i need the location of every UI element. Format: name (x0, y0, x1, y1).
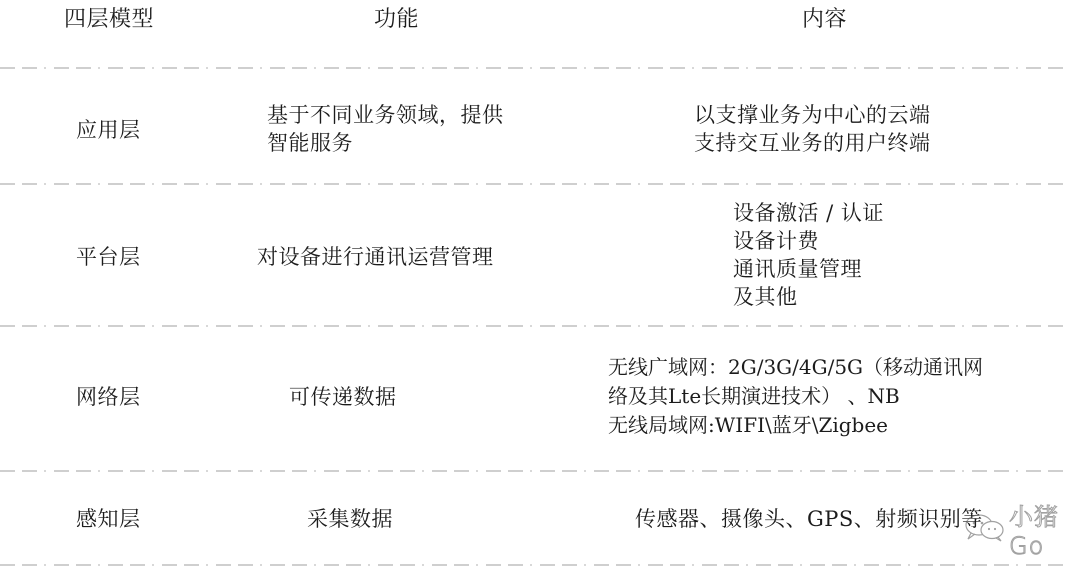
function-platform: 对设备进行通讯运营管理 (257, 243, 494, 271)
content-line: 及其他 (733, 283, 884, 311)
row-divider (0, 470, 1068, 472)
layer-label-platform: 平台层 (76, 243, 141, 271)
content-application: 以支撑业务为中心的云端 支持交互业务的用户终端 (694, 101, 931, 157)
header-function: 功能 (374, 6, 419, 34)
row-divider (0, 564, 1068, 566)
content-platform: 设备激活 / 认证 设备计费 通讯质量管理 及其他 (733, 199, 884, 311)
four-layer-model-table: 四层模型 功能 内容 应用层 基于不同业务领域，提供 智能服务 以支撑业务为中心… (0, 0, 1080, 577)
watermark: 小猪Go (963, 510, 1080, 546)
content-line: 无线广域网：2G/3G/4G/5G（移动通讯网 (608, 353, 983, 382)
wechat-icon (963, 513, 1007, 543)
content-line: 以支撑业务为中心的云端 (694, 101, 931, 129)
content-line: 通讯质量管理 (733, 255, 884, 283)
function-perception: 采集数据 (307, 505, 393, 533)
content-line: 无线局域网:WIFI\蓝牙\Zigbee (608, 411, 983, 440)
function-application: 基于不同业务领域，提供 智能服务 (267, 101, 504, 157)
content-perception: 传感器、摄像头、GPS、射频识别等 (635, 505, 983, 533)
header-model: 四层模型 (64, 6, 154, 34)
content-line: 设备激活 / 认证 (733, 199, 884, 227)
row-divider (0, 325, 1068, 327)
layer-label-perception: 感知层 (76, 505, 141, 533)
function-network: 可传递数据 (289, 383, 397, 411)
row-divider (0, 67, 1068, 69)
content-line: 支持交互业务的用户终端 (694, 129, 931, 157)
row-divider (0, 183, 1068, 185)
content-line: 络及其Lte长期演进技术） 、NB (608, 382, 983, 411)
layer-label-application: 应用层 (76, 116, 141, 144)
function-line: 基于不同业务领域，提供 (267, 101, 504, 129)
content-line: 设备计费 (733, 227, 884, 255)
layer-label-network: 网络层 (76, 383, 141, 411)
content-network: 无线广域网：2G/3G/4G/5G（移动通讯网 络及其Lte长期演进技术） 、N… (608, 353, 983, 440)
watermark-text: 小猪Go (1009, 497, 1080, 560)
function-line: 智能服务 (267, 129, 504, 157)
header-content: 内容 (802, 6, 847, 34)
